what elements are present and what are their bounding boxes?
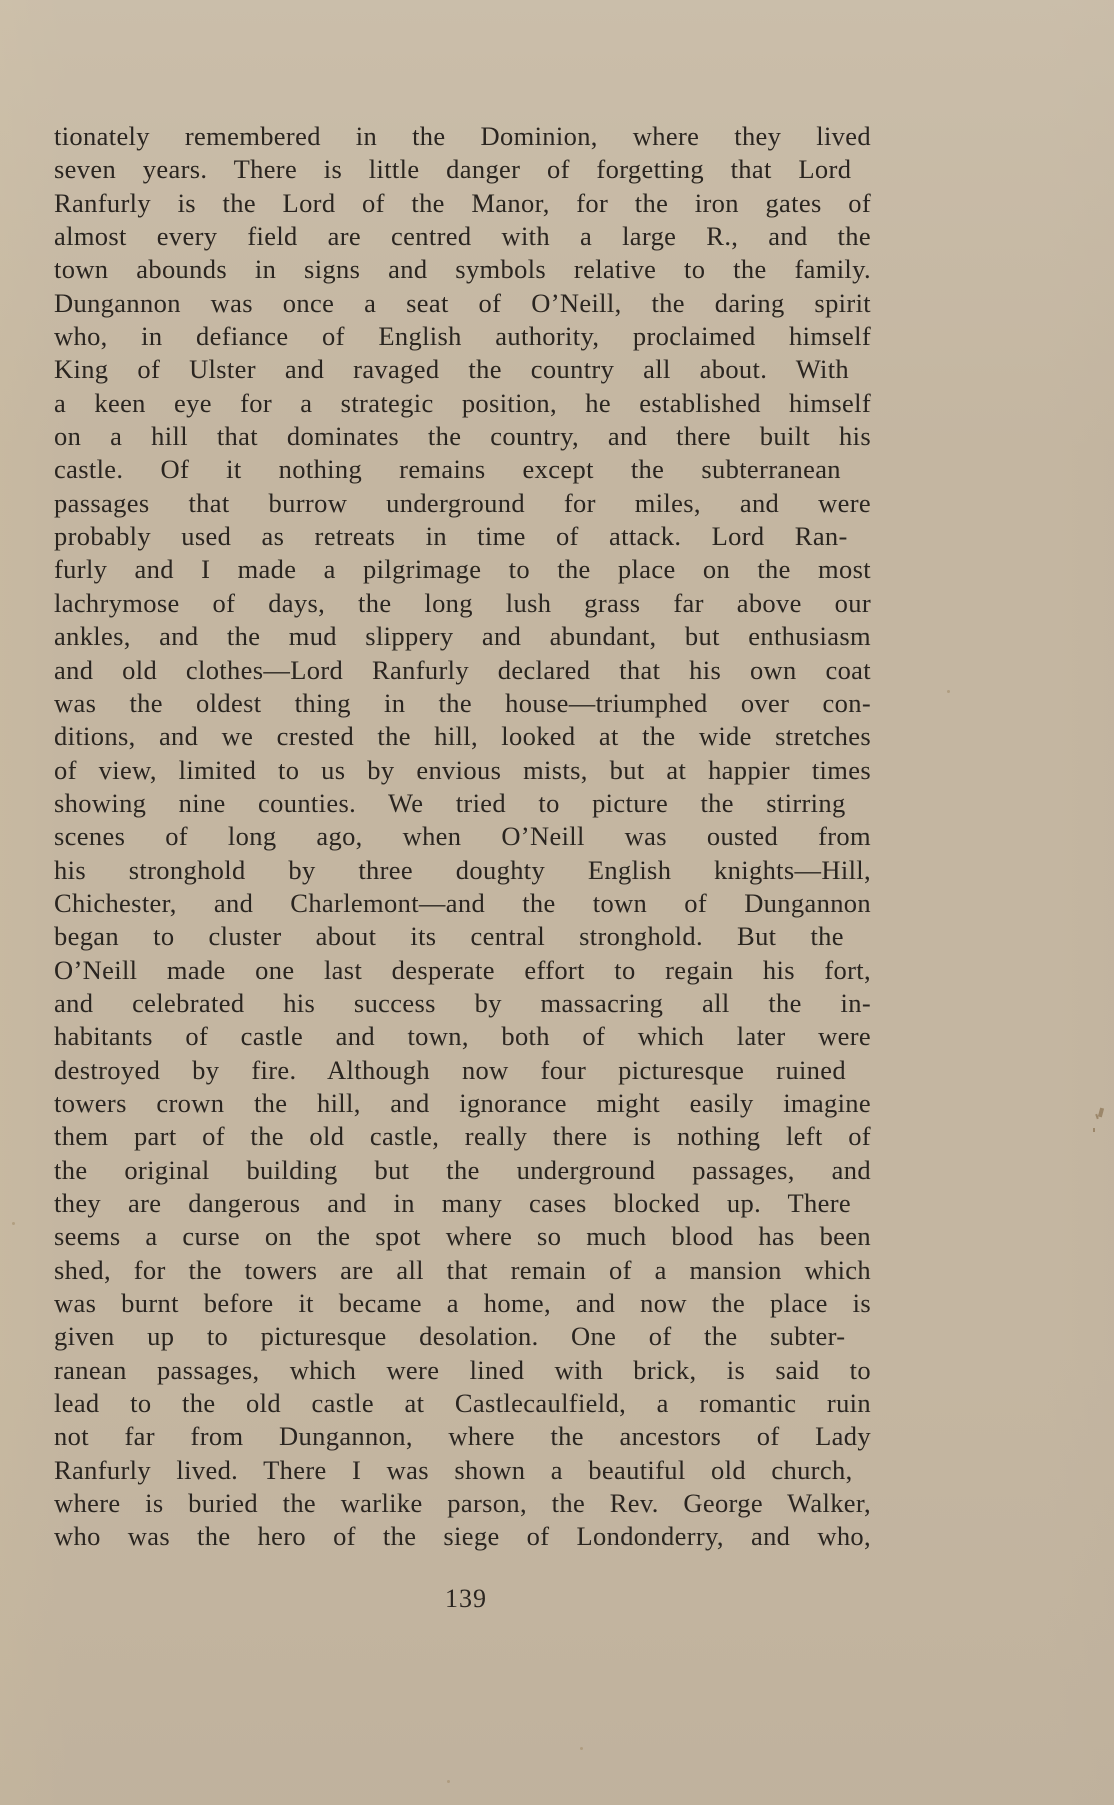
paper-blemish [1093, 1128, 1095, 1132]
text-line: passages that burrow underground for mil… [54, 487, 871, 520]
text-line: Ranfurly is the Lord of the Manor, for t… [54, 187, 871, 220]
text-line: seems a curse on the spot where so much … [54, 1220, 871, 1253]
text-line: a keen eye for a strategic position, he … [54, 387, 871, 420]
text-line: Dungannon was once a seat of O’Neill, th… [54, 287, 871, 320]
text-line: them part of the old castle, really ther… [54, 1120, 871, 1153]
text-line: was burnt before it became a home, and n… [54, 1287, 871, 1320]
text-line: Ranfurly lived. There I was shown a beau… [54, 1454, 871, 1487]
text-line: Chichester, and Charlemont—and the town … [54, 887, 871, 920]
text-line: habitants of castle and town, both of wh… [54, 1020, 871, 1053]
text-line: on a hill that dominates the country, an… [54, 420, 871, 453]
body-text: tionately remembered in the Dominion, wh… [54, 120, 871, 1554]
text-line: not far from Dungannon, where the ancest… [54, 1420, 871, 1453]
text-line: who was the hero of the siege of Londond… [54, 1520, 871, 1553]
text-line: and celebrated his success by massacring… [54, 987, 871, 1020]
text-line: ranean passages, which were lined with b… [54, 1354, 871, 1387]
text-line: destroyed by fire. Although now four pic… [54, 1054, 871, 1087]
text-line: given up to picturesque desolation. One … [54, 1320, 871, 1353]
text-line: lachrymose of days, the long lush grass … [54, 587, 871, 620]
text-line: O’Neill made one last desperate effort t… [54, 954, 871, 987]
text-line: town abounds in signs and symbols relati… [54, 253, 871, 286]
text-line: tionately remembered in the Dominion, wh… [54, 120, 871, 153]
text-line: of view, limited to us by envious mists,… [54, 754, 871, 787]
text-line: lead to the old castle at Castlecaulfiel… [54, 1387, 871, 1420]
text-line: who, in defiance of English authority, p… [54, 320, 871, 353]
text-line: almost every field are centred with a la… [54, 220, 871, 253]
text-line: ankles, and the mud slippery and abundan… [54, 620, 871, 653]
text-line: scenes of long ago, when O’Neill was ous… [54, 820, 871, 853]
text-line: seven years. There is little danger of f… [54, 153, 871, 186]
text-line: and old clothes—Lord Ranfurly declared t… [54, 654, 871, 687]
paper-speck [580, 1747, 583, 1750]
text-line: showing nine counties. We tried to pictu… [54, 787, 871, 820]
text-line: was the oldest thing in the house—triump… [54, 687, 871, 720]
paper-speck [947, 690, 950, 693]
text-line: ditions, and we crested the hill, looked… [54, 720, 871, 753]
text-line: where is buried the warlike parson, the … [54, 1487, 871, 1520]
text-line: they are dangerous and in many cases blo… [54, 1187, 871, 1220]
text-line: probably used as retreats in time of att… [54, 520, 871, 553]
text-line: towers crown the hill, and ignorance mig… [54, 1087, 871, 1120]
text-line: shed, for the towers are all that remain… [54, 1254, 871, 1287]
text-line: began to cluster about its central stron… [54, 920, 871, 953]
text-line: King of Ulster and ravaged the country a… [54, 353, 871, 386]
text-line: the original building but the undergroun… [54, 1154, 871, 1187]
text-line: castle. Of it nothing remains except the… [54, 453, 871, 486]
paper-speck [447, 1780, 450, 1783]
book-page: tionately remembered in the Dominion, wh… [0, 0, 1114, 1805]
text-line: his stronghold by three doughty English … [54, 854, 871, 887]
paper-blemish [1098, 1108, 1104, 1118]
text-line: furly and I made a pilgrimage to the pla… [54, 553, 871, 586]
paper-speck [12, 1222, 15, 1225]
page-number: 139 [0, 1584, 932, 1614]
